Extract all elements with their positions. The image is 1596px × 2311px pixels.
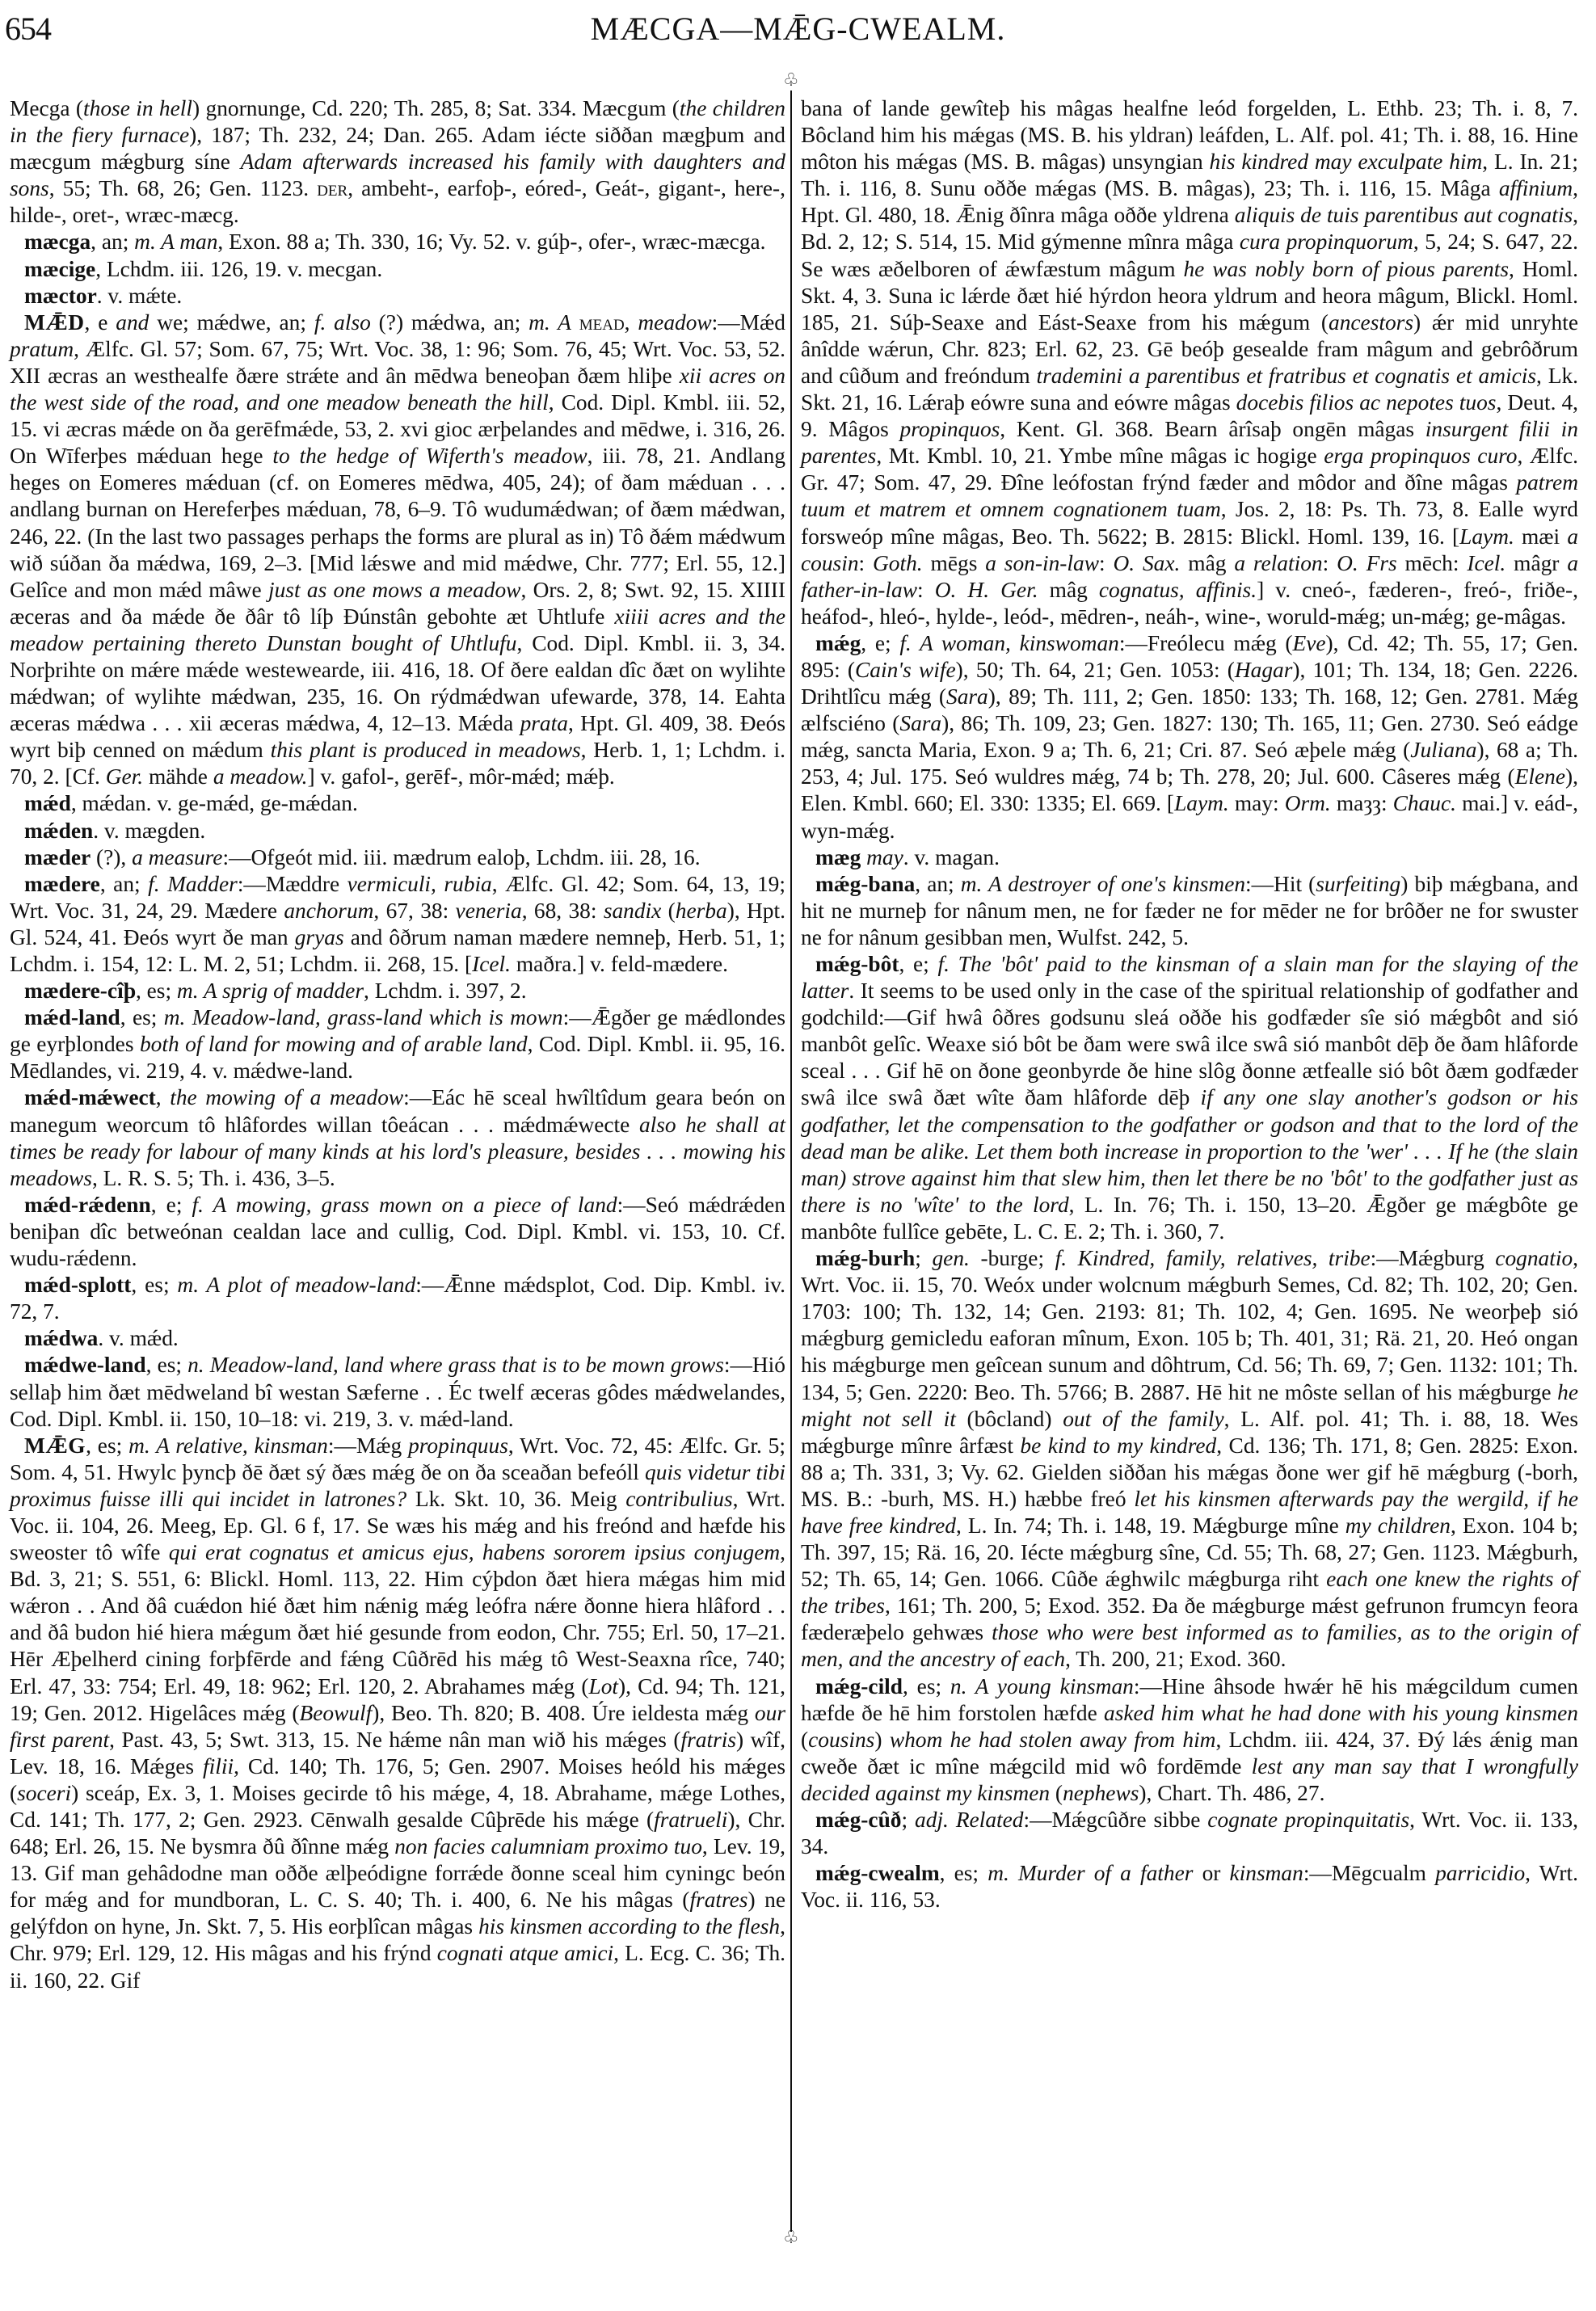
headword: MǢG xyxy=(24,1433,86,1458)
dictionary-entry: mǽd-splott, es; m. A plot of meadow-land… xyxy=(10,1272,785,1325)
headword: mǽg-bana xyxy=(815,872,915,896)
headword: mǽd xyxy=(24,791,71,815)
headword: mǽg-cûð xyxy=(815,1808,902,1832)
headword: mǽd-mǽwect xyxy=(24,1085,156,1109)
dictionary-entry: mǽdwa. v. mǽd. xyxy=(10,1325,785,1352)
headword: mǽd-splott xyxy=(24,1273,131,1297)
dictionary-entry: mæcga, an; m. A man, Exon. 88 a; Th. 330… xyxy=(10,229,785,255)
dictionary-entry: mǽg-cwealm, es; m. Murder of a father or… xyxy=(801,1860,1578,1913)
left-column: Mecga (those in hell) gnornunge, Cd. 220… xyxy=(10,95,785,1994)
running-head: MÆCGA—MǢG-CWEALM. xyxy=(0,10,1596,48)
headword: mæcige xyxy=(24,257,95,281)
headword: mǽdwe-land xyxy=(24,1353,146,1377)
headword: mæcga xyxy=(24,229,91,254)
headword: mǽg-bôt xyxy=(815,952,899,976)
headword: mæctor xyxy=(24,284,97,308)
headword: mǽden xyxy=(24,819,93,843)
headword: mǽd-rǽdenn xyxy=(24,1193,151,1217)
dictionary-entry: mæder (?), a measure:—Ofgeót mid. iii. m… xyxy=(10,844,785,871)
dictionary-entry: mǽg-cild, es; n. A young kinsman:—Hine â… xyxy=(801,1673,1578,1807)
dictionary-entry: mǽd-rǽdenn, e; f. A mowing, grass mown o… xyxy=(10,1192,785,1272)
headword: mǽdwa xyxy=(24,1326,98,1350)
column-rule-top-ornament-icon: ♧ xyxy=(783,71,799,89)
headword: mǽg xyxy=(815,631,861,655)
dictionary-entry: mædere-cîþ, es; m. A sprig of madder, Lc… xyxy=(10,978,785,1004)
headword: MǢD xyxy=(24,310,85,335)
headword: mǽd-land xyxy=(24,1005,120,1029)
dictionary-entry: mæg may. v. magan. xyxy=(801,844,1578,871)
dictionary-entry: MǢG, es; m. A relative, kinsman:—Mǽg pro… xyxy=(10,1433,785,1994)
dictionary-entry: mǽg, e; f. A woman, kinswoman:—Freólecu … xyxy=(801,630,1578,844)
headword: mǽg-cild xyxy=(815,1674,903,1699)
dictionary-entry: mǽd-mǽwect, the mowing of a meadow:—Eác … xyxy=(10,1084,785,1191)
dictionary-entry: mǽden. v. mægden. xyxy=(10,818,785,844)
page-header: 654 MÆCGA—MǢG-CWEALM. xyxy=(0,0,1596,81)
column-rule-bottom-ornament-icon: ♧ xyxy=(783,2229,799,2246)
headword: mædere xyxy=(24,872,100,896)
entry-continuation: bana of lande gewîteþ his mâgas healfne … xyxy=(801,95,1578,630)
headword: mǽg-burh xyxy=(815,1246,915,1270)
dictionary-entry: mǽd-land, es; m. Meadow-land, grass-land… xyxy=(10,1004,785,1084)
dictionary-entry: mǽg-bana, an; m. A destroyer of one's ki… xyxy=(801,871,1578,951)
headword: mæg xyxy=(815,845,861,869)
dictionary-entry: mǽg-burh; gen. -burge; f. Kindred, famil… xyxy=(801,1245,1578,1673)
column-divider-rule xyxy=(790,91,792,2232)
dictionary-entry: mǽdwe-land, es; n. Meadow-land, land whe… xyxy=(10,1352,785,1432)
headword: mǽg-cwealm xyxy=(815,1861,940,1885)
dictionary-entry: mǽg-cûð; adj. Related:—Mǽgcûðre sibbe co… xyxy=(801,1807,1578,1860)
dictionary-entry: mæctor. v. mǽte. xyxy=(10,283,785,309)
headword: mædere-cîþ xyxy=(24,979,136,1003)
dictionary-entry: mǽg-bôt, e; f. The 'bôt' paid to the kin… xyxy=(801,951,1578,1245)
dictionary-entry: MǢD, e and we; mǽdwe, an; f. also (?) mǽ… xyxy=(10,309,785,791)
dictionary-entry: mædere, an; f. Madder:—Mæddre vermiculi,… xyxy=(10,871,785,978)
headword: mæder xyxy=(24,845,91,869)
entry-continuation: Mecga (those in hell) gnornunge, Cd. 220… xyxy=(10,95,785,229)
dictionary-entry: mǽd, mǽdan. v. ge-mǽd, ge-mǽdan. xyxy=(10,790,785,817)
dictionary-entry: mæcige, Lchdm. iii. 126, 19. v. mecgan. xyxy=(10,256,785,283)
right-column: bana of lande gewîteþ his mâgas healfne … xyxy=(801,95,1578,1913)
